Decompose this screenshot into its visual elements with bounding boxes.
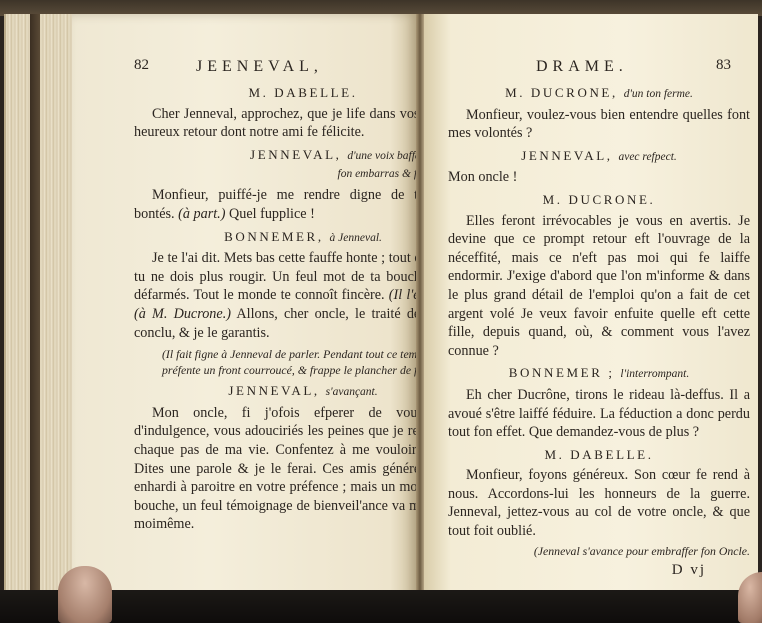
stage-direction: l'interrompant.: [620, 368, 689, 380]
running-title: DRAME.: [536, 58, 628, 77]
speech-paragraph: Mon oncle !: [448, 168, 750, 187]
speaker-heading: M. DABELLE.: [448, 446, 750, 465]
speech-paragraph: Monfieur, foyons généreux. Son cœur fe r…: [448, 466, 750, 540]
right-page-text: DRAME. 83 M. DUCRONE, d'un ton ferme. Mo…: [448, 58, 750, 579]
stage-direction: (Jenneval s'avance pour embraffer fon On…: [448, 543, 750, 559]
stage-direction: avec refpect.: [618, 151, 676, 163]
book-gutter: [416, 14, 424, 604]
aside-direction: (à part.): [178, 206, 225, 222]
signature-mark: D vj: [448, 561, 750, 580]
speech-paragraph: Eh cher Ducrône, tirons le rideau là-def…: [448, 386, 750, 442]
speech-paragraph: Elles feront irrévocables je vous en ave…: [448, 212, 750, 361]
page-edges-stack: [4, 14, 74, 594]
right-page-header: DRAME. 83: [448, 58, 750, 80]
running-title: JEENEVAL,: [196, 58, 323, 77]
speaker-heading: JENNEVAL, avec refpect.: [448, 147, 750, 167]
left-thumb: [58, 566, 112, 623]
page-number: 82: [134, 56, 149, 75]
stage-direction: à Jenneval.: [330, 232, 382, 244]
page-edge-shadow: [30, 14, 40, 594]
speech-paragraph: Monfieur, voulez-vous bien entendre quel…: [448, 106, 750, 143]
speaker-heading: BONNEMER ; l'interrompant.: [448, 364, 750, 384]
stage-direction: s'avançant.: [326, 386, 378, 398]
book-bottom-shadow: [0, 590, 762, 623]
page-number: 83: [716, 56, 731, 75]
speaker-heading: M. DUCRONE.: [448, 191, 750, 210]
speaker-heading: M. DUCRONE, d'un ton ferme.: [448, 84, 750, 104]
stage-direction: d'un ton ferme.: [624, 88, 693, 100]
left-page: 82 JEENEVAL, M. DABELLE. Cher Jenneval, …: [72, 14, 418, 608]
right-page: DRAME. 83 M. DUCRONE, d'un ton ferme. Mo…: [424, 14, 758, 602]
